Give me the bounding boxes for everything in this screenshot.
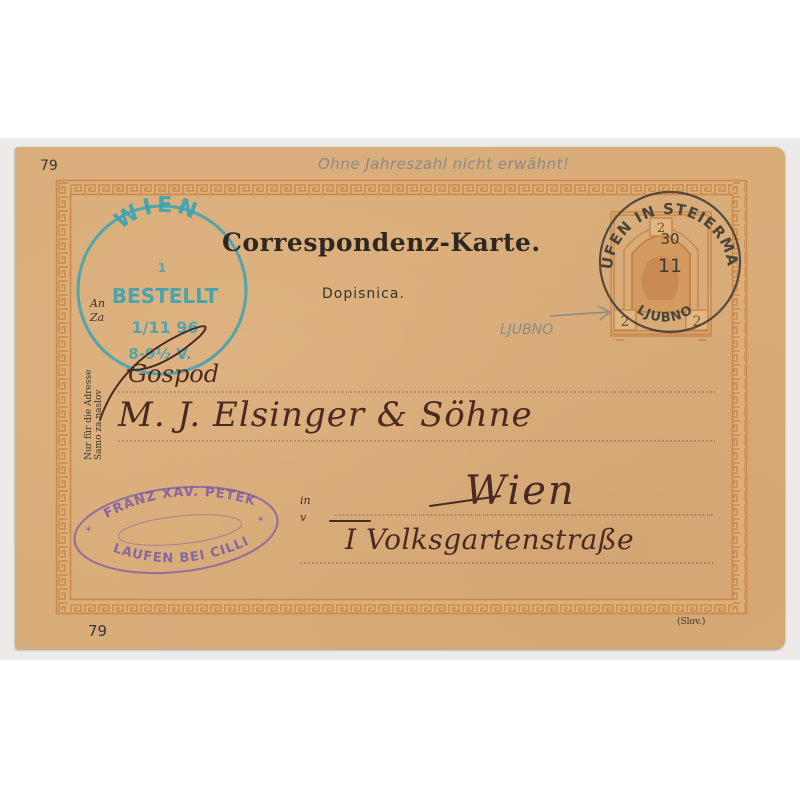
pencil-number-bottom: 79 (88, 622, 107, 640)
pencil-arrow-icon (0, 0, 800, 800)
pencil-number-top: 79 (40, 158, 58, 174)
